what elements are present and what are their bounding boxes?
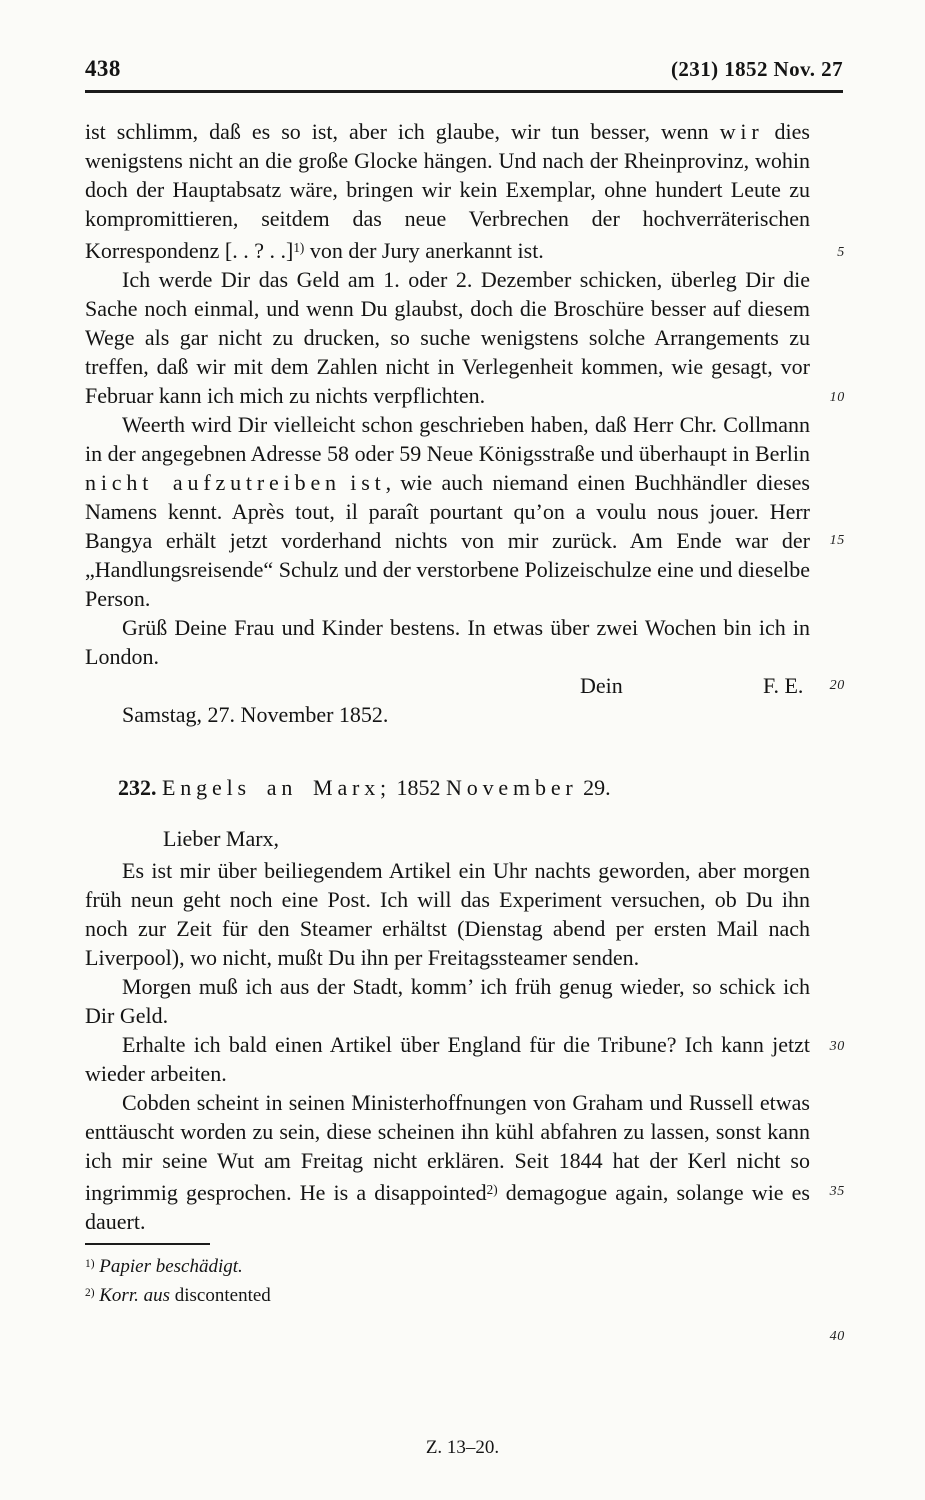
page-footer: Z. 13–20. [0,1437,925,1459]
paragraph: Weerth wird Dir vielleicht schon geschri… [85,410,810,613]
book-page: 438 (231) 1852 Nov. 27 5 10 15 20 30 35 … [0,0,925,1500]
text-column: ist schlimm, daß es so ist, aber ich gla… [85,117,810,1309]
margin-line-number: 40 [815,1329,845,1345]
paragraph: Cobden scheint in seinen Ministerhoffnun… [85,1088,810,1236]
margin-line-number: 20 [815,678,845,694]
paragraph: Erhalte ich bald einen Artikel über Engl… [85,1030,810,1088]
margin-line-number: 35 [815,1184,845,1200]
letter-232: 232. Engels an Marx; 1852 November 29. L… [85,773,810,1236]
header-rule [85,90,843,93]
footnote: 1) Papier beschädigt. [85,1251,810,1280]
paragraph: Es ist mir über beiliegendem Artikel ein… [85,856,810,972]
margin-line-number: 15 [815,533,845,549]
running-head: (231) 1852 Nov. 27 [671,57,843,82]
paragraph: Morgen muß ich aus der Stadt, komm’ ich … [85,972,810,1030]
date-line: Samstag, 27. November 1852. [85,700,810,729]
letter-231: ist schlimm, daß es so ist, aber ich gla… [85,117,810,729]
margin-line-number: 30 [815,1039,845,1055]
paragraph: Ich werde Dir das Geld am 1. oder 2. Dez… [85,265,810,410]
footnote-block: 1) Papier beschädigt. 2) Korr. aus disco… [85,1243,810,1309]
salutation: Lieber Marx, [85,824,810,853]
signature-row: Dein F. E. [85,671,810,700]
footnote: 2) Korr. aus discontented [85,1280,810,1309]
signature-closing: Dein [580,671,623,700]
margin-line-number: 5 [815,245,845,261]
margin-line-number: 10 [815,390,845,406]
page-number: 438 [85,56,121,82]
footnote-separator [85,1243,210,1245]
page-header: 438 (231) 1852 Nov. 27 [85,56,843,82]
signature-initials: F. E. [763,671,803,700]
paragraph: ist schlimm, daß es so ist, aber ich gla… [85,117,810,265]
letter-heading: 232. Engels an Marx; 1852 November 29. [85,773,810,802]
line-reference: Z. 13–20. [426,1437,499,1458]
paragraph: Grüß Deine Frau und Kinder bestens. In e… [85,613,810,671]
